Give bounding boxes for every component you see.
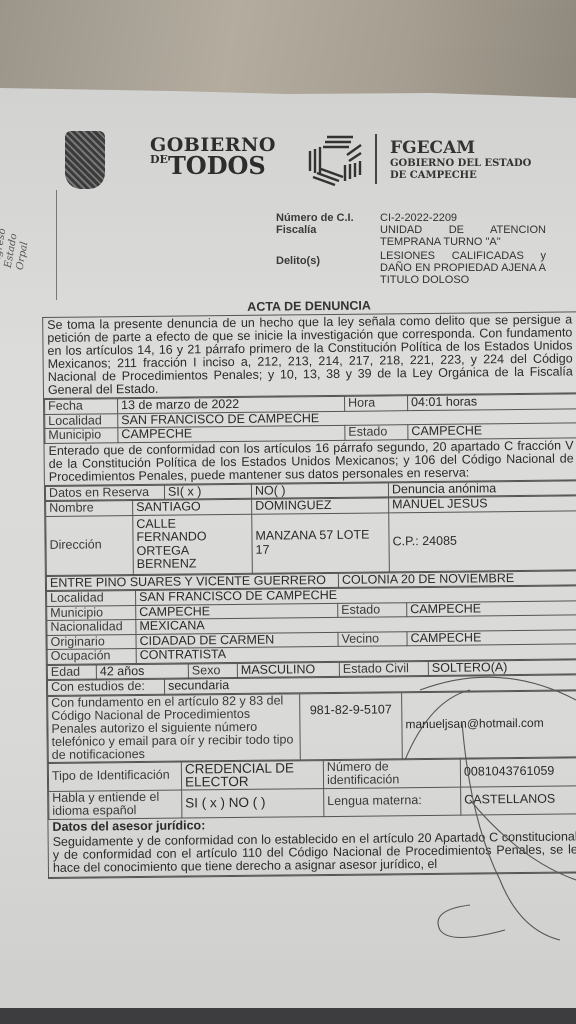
notificaciones-table: Con fundamento en el artículo 82 y 83 de… xyxy=(47,690,576,763)
logo-de: DE xyxy=(150,153,168,166)
municipio-label-2: Municipio xyxy=(47,605,136,620)
habla-espanol-label: Habla y entiende el idioma español xyxy=(49,790,182,819)
estado-civil-value: SOLTERO(A) xyxy=(428,659,576,675)
reserva-no-checkbox[interactable]: NO( ) xyxy=(251,482,388,498)
vecino-label: Vecino xyxy=(338,631,407,646)
apellido-materno: DOMINGUEZ xyxy=(252,498,389,514)
tipo-identificacion-label: Tipo de Identificación xyxy=(48,762,181,791)
municipio-value: CAMPECHE xyxy=(118,425,345,442)
case-number-value: CI-2-2022-2209 xyxy=(380,212,546,224)
reserva-paragraph: Enterado que de conformidad con los artí… xyxy=(44,438,576,486)
numero-identificacion-label: Número de identificación xyxy=(323,759,460,788)
direccion-label: Dirección xyxy=(46,515,134,575)
denuncia-anonima-label: Denuncia anónima xyxy=(388,480,576,496)
localidad-label: Localidad xyxy=(45,413,118,428)
fecha-label: Fecha xyxy=(45,399,118,414)
telefono-value: 981-82-9-5107 xyxy=(300,692,403,759)
numero-identificacion-value: 0081043761059 xyxy=(460,757,576,786)
fgecam-logo-icon xyxy=(305,131,365,189)
lengua-materna-label: Lengua materna: xyxy=(324,787,461,816)
edad-label: Edad xyxy=(47,664,96,679)
nombre-label: Nombre xyxy=(46,501,133,516)
acta-de-denuncia-form: ACTA DE DENUNCIA Se toma la presente den… xyxy=(42,296,576,878)
localidad-label-2: Localidad xyxy=(47,591,136,606)
direccion-cp: C.P.: 24085 xyxy=(389,510,576,571)
personal-data-table: Localidad SAN FRANCISCO DE CAMPECHE Muni… xyxy=(46,585,576,664)
letterhead: GOBIERNO DETODOS FGECAM GOBIERNO DEL EST… xyxy=(60,128,560,198)
logo-line-2: DETODOS xyxy=(150,154,276,178)
form-box: Se toma la presente denuncia de un hecho… xyxy=(42,311,576,878)
direccion-manzana: MANZANA 57 LOTE 17 xyxy=(252,512,390,572)
ocupacion-label: Ocupación xyxy=(47,649,136,664)
case-number-label: Número de C.I. xyxy=(276,212,380,224)
fgecam-brand: FGECAM GOBIERNO DEL ESTADO DE CAMPECHE xyxy=(390,140,531,181)
nacionalidad-label: Nacionalidad xyxy=(47,620,136,635)
estado-civil-label: Estado Civil xyxy=(339,661,428,676)
estado-label: Estado xyxy=(345,425,408,440)
delito-value: LESIONES CALIFICADAS y DAÑO EN PROPIEDAD… xyxy=(380,250,546,286)
estado-value: CAMPECHE xyxy=(408,423,576,439)
direccion-row: Dirección CALLE FERNANDO ORTEGA BERNENZ … xyxy=(46,510,576,575)
delito-label: Delito(s) xyxy=(276,250,380,286)
datos-reserva-label: Datos en Reserva xyxy=(45,485,164,501)
identificacion-table: Tipo de Identificación CREDENCIAL DE ELE… xyxy=(48,757,576,820)
gobierno-de-todos-logo: GOBIERNO DETODOS xyxy=(150,136,276,178)
fiscalia-row: Fiscalía UNIDAD DE ATENCION TEMPRANA TUR… xyxy=(276,224,546,248)
notificaciones-text: Con fundamento en el artículo 82 y 83 de… xyxy=(48,693,301,762)
fgecam-subtitle-1: GOBIERNO DEL ESTADO xyxy=(390,159,531,169)
case-metadata: Número de C.I. CI-2-2022-2209 Fiscalía U… xyxy=(276,212,546,286)
sexo-label: Sexo xyxy=(188,663,237,678)
background-edge xyxy=(0,1008,576,1024)
originario-label: Originario xyxy=(47,634,136,649)
lengua-materna-value: CASTELLANOS xyxy=(461,785,576,814)
habla-espanol-checkbox[interactable]: SI ( x ) NO ( ) xyxy=(182,788,324,817)
coat-of-arms-icon xyxy=(65,131,105,189)
estado-label-2: Estado xyxy=(338,602,407,617)
asesor-juridico-paragraph: Seguidamente y de conformidad con lo est… xyxy=(49,829,576,878)
reserva-si-checkbox[interactable]: SI( x ) xyxy=(164,484,251,499)
edad-value: 42 años xyxy=(96,663,188,678)
case-number-row: Número de C.I. CI-2-2022-2209 xyxy=(276,212,546,224)
municipio-label: Municipio xyxy=(45,428,118,443)
logo-todos: TODOS xyxy=(168,151,266,180)
logo-divider xyxy=(375,134,377,184)
denunciante-name-table: Nombre SANTIAGO DOMINGUEZ MANUEL JESUS D… xyxy=(45,495,576,575)
fgecam-title: FGECAM xyxy=(390,140,531,157)
sexo-value: MASCULINO xyxy=(237,662,339,678)
notificaciones-row: Con fundamento en el artículo 82 y 83 de… xyxy=(48,690,576,762)
estudios-label: Con estudios de: xyxy=(47,679,164,695)
delito-row: Delito(s) LESIONES CALIFICADAS y DAÑO EN… xyxy=(276,250,546,286)
intro-paragraph: Se toma la presente denuncia de un hecho… xyxy=(43,312,576,399)
fiscalia-value: UNIDAD DE ATENCION TEMPRANA TURNO "A" xyxy=(380,224,546,248)
incident-table: Fecha 13 de marzo de 2022 Hora 04:01 hor… xyxy=(44,393,576,443)
fiscalia-label: Fiscalía xyxy=(276,224,380,248)
direccion-calle: CALLE FERNANDO ORTEGA BERNENZ xyxy=(133,514,253,574)
apellido-paterno: SANTIAGO xyxy=(133,499,252,515)
email-value: manueljsan@hotmail.com xyxy=(402,690,576,758)
fgecam-subtitle-2: DE CAMPECHE xyxy=(390,171,531,181)
hora-label: Hora xyxy=(345,396,408,411)
tipo-identificacion-value: CREDENCIAL DE ELECTOR xyxy=(181,760,323,789)
